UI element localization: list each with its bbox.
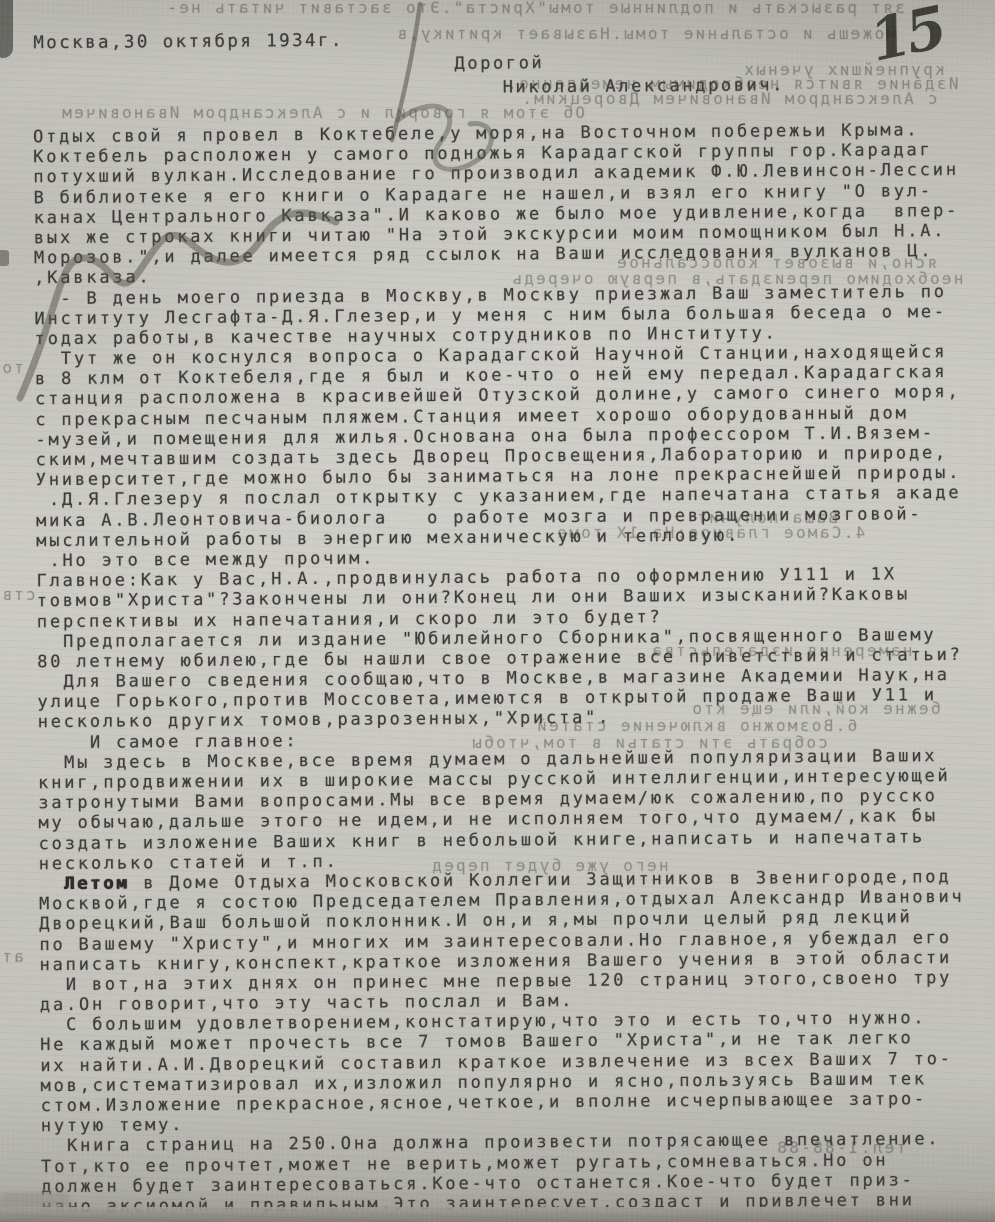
scan-edge-artifact-left	[0, 250, 9, 266]
typed-text-layer: Москва,30 октября 1934г. Дорогой Николай…	[0, 0, 995, 1222]
salutation-line-2: Николай Александрович.	[503, 75, 786, 97]
scan-edge-band-bottom	[0, 1207, 995, 1222]
scanned-letter-page: зят разыскать и подлинные томы"Христа".Э…	[0, 0, 995, 1222]
overtyped-word: Летом	[64, 873, 129, 894]
dateline: Москва,30 октября 1934г.	[33, 31, 344, 53]
salutation-line-1: Дорогой	[454, 53, 544, 74]
scan-edge-artifact-top-left	[0, 0, 13, 58]
letter-body: Отдых свой я провел в Коктебеле,у моря,н…	[33, 120, 967, 1217]
